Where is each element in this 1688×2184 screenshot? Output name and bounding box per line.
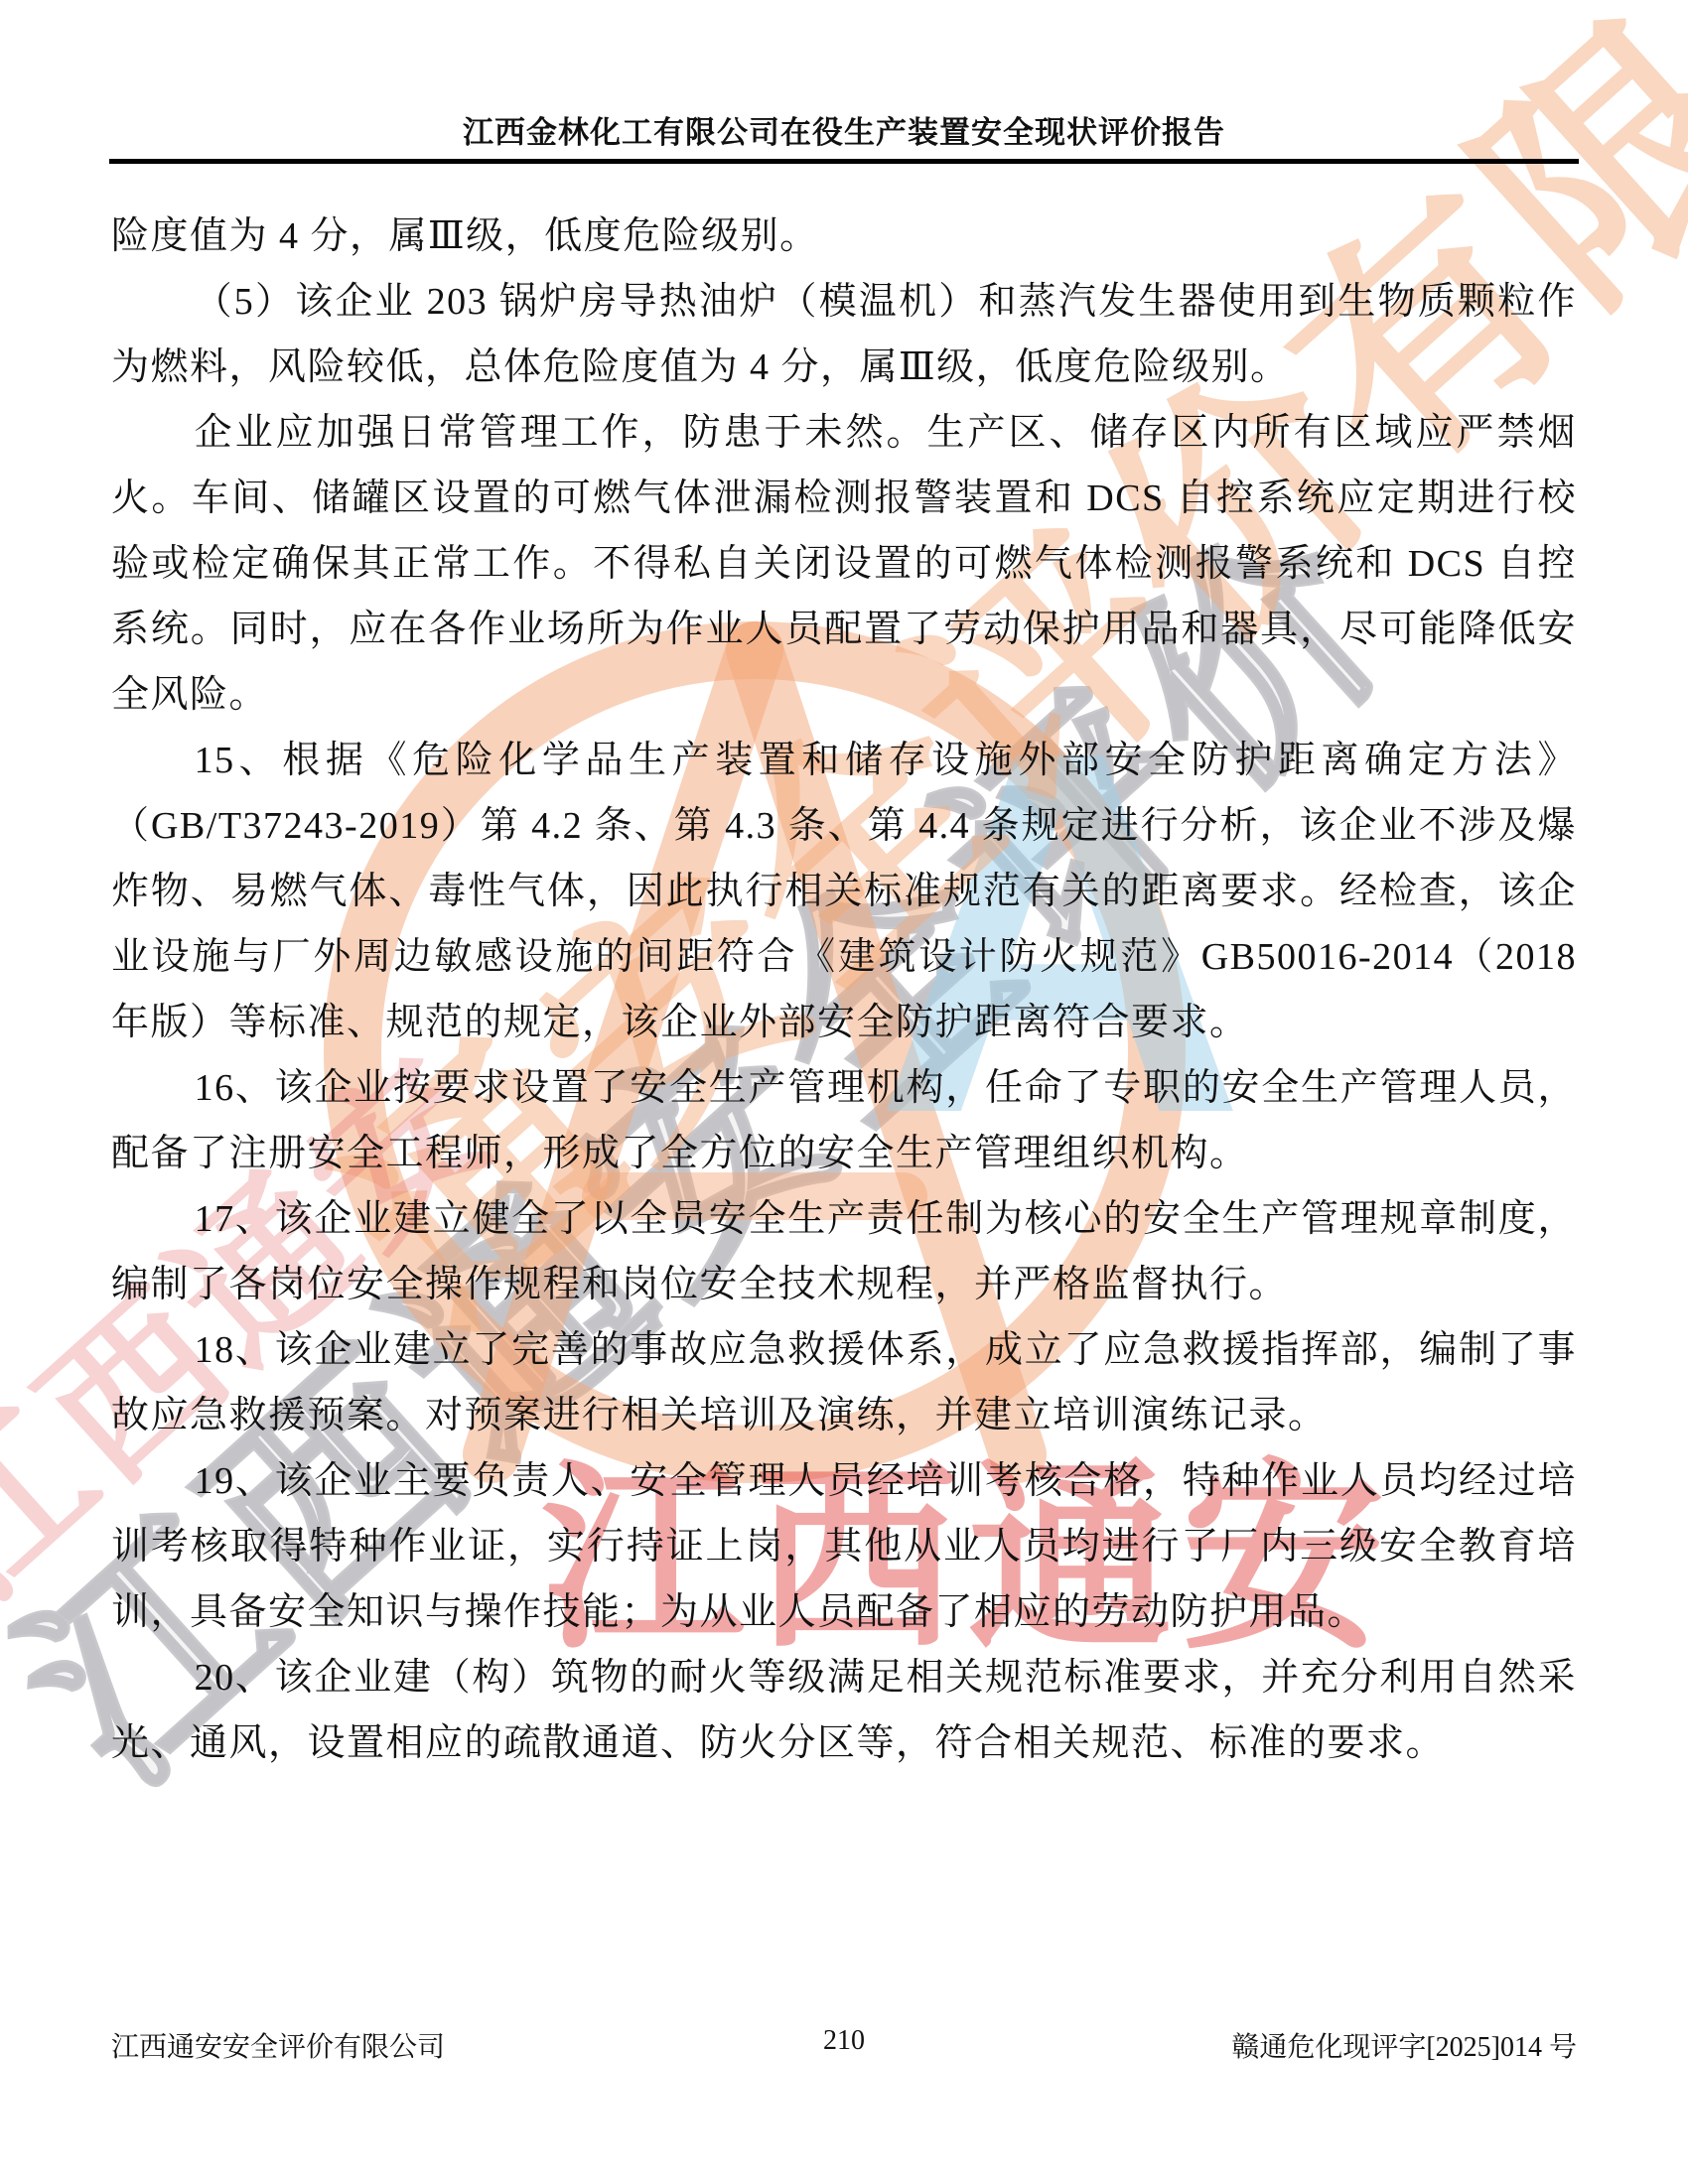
paragraph: 17、该企业建立健全了以全员安全生产责任制为核心的安全生产管理规章制度，编制了各… [111,1186,1577,1317]
header-rule [109,159,1579,164]
report-body: 险度值为 4 分，属Ⅲ级，低度危险级别。 （5）该企业 203 锅炉房导热油炉（… [111,204,1577,1776]
paragraph: 18、该企业建立了完善的事故应急救援体系，成立了应急救援指挥部，编制了事故应急救… [111,1317,1577,1448]
paragraph: 15、根据《危险化学品生产装置和储存设施外部安全防护距离确定方法》（GB/T37… [111,728,1577,1055]
footer-document-number: 赣通危化现评字[2025]014 号 [1231,2025,1577,2065]
paragraph: 20、该企业建（构）筑物的耐火等级满足相关规范标准要求，并充分利用自然采光、通风… [111,1645,1577,1776]
paragraph: （5）该企业 203 锅炉房导热油炉（模温机）和蒸汽发生器使用到生物质颗粒作为燃… [111,269,1577,400]
footer-company-name: 江西通安安全评价有限公司 [111,2025,445,2065]
page-header-title: 江西金林化工有限公司在役生产装置安全现状评价报告 [0,107,1688,152]
paragraph: 19、该企业主要负责人、安全管理人员经培训考核合格，特种作业人员均经过培训考核取… [111,1448,1577,1645]
paragraph: 16、该企业按要求设置了安全生产管理机构，任命了专职的安全生产管理人员，配备了注… [111,1055,1577,1186]
report-page: 江西通安全评价 A 通安全评价有限公司 江西通安 江西通安 江西金林化工有限公司… [0,0,1688,2184]
paragraph: 企业应加强日常管理工作，防患于未然。生产区、储存区内所有区域应严禁烟火。车间、储… [111,400,1577,728]
paragraph: 险度值为 4 分，属Ⅲ级，低度危险级别。 [111,204,1577,269]
